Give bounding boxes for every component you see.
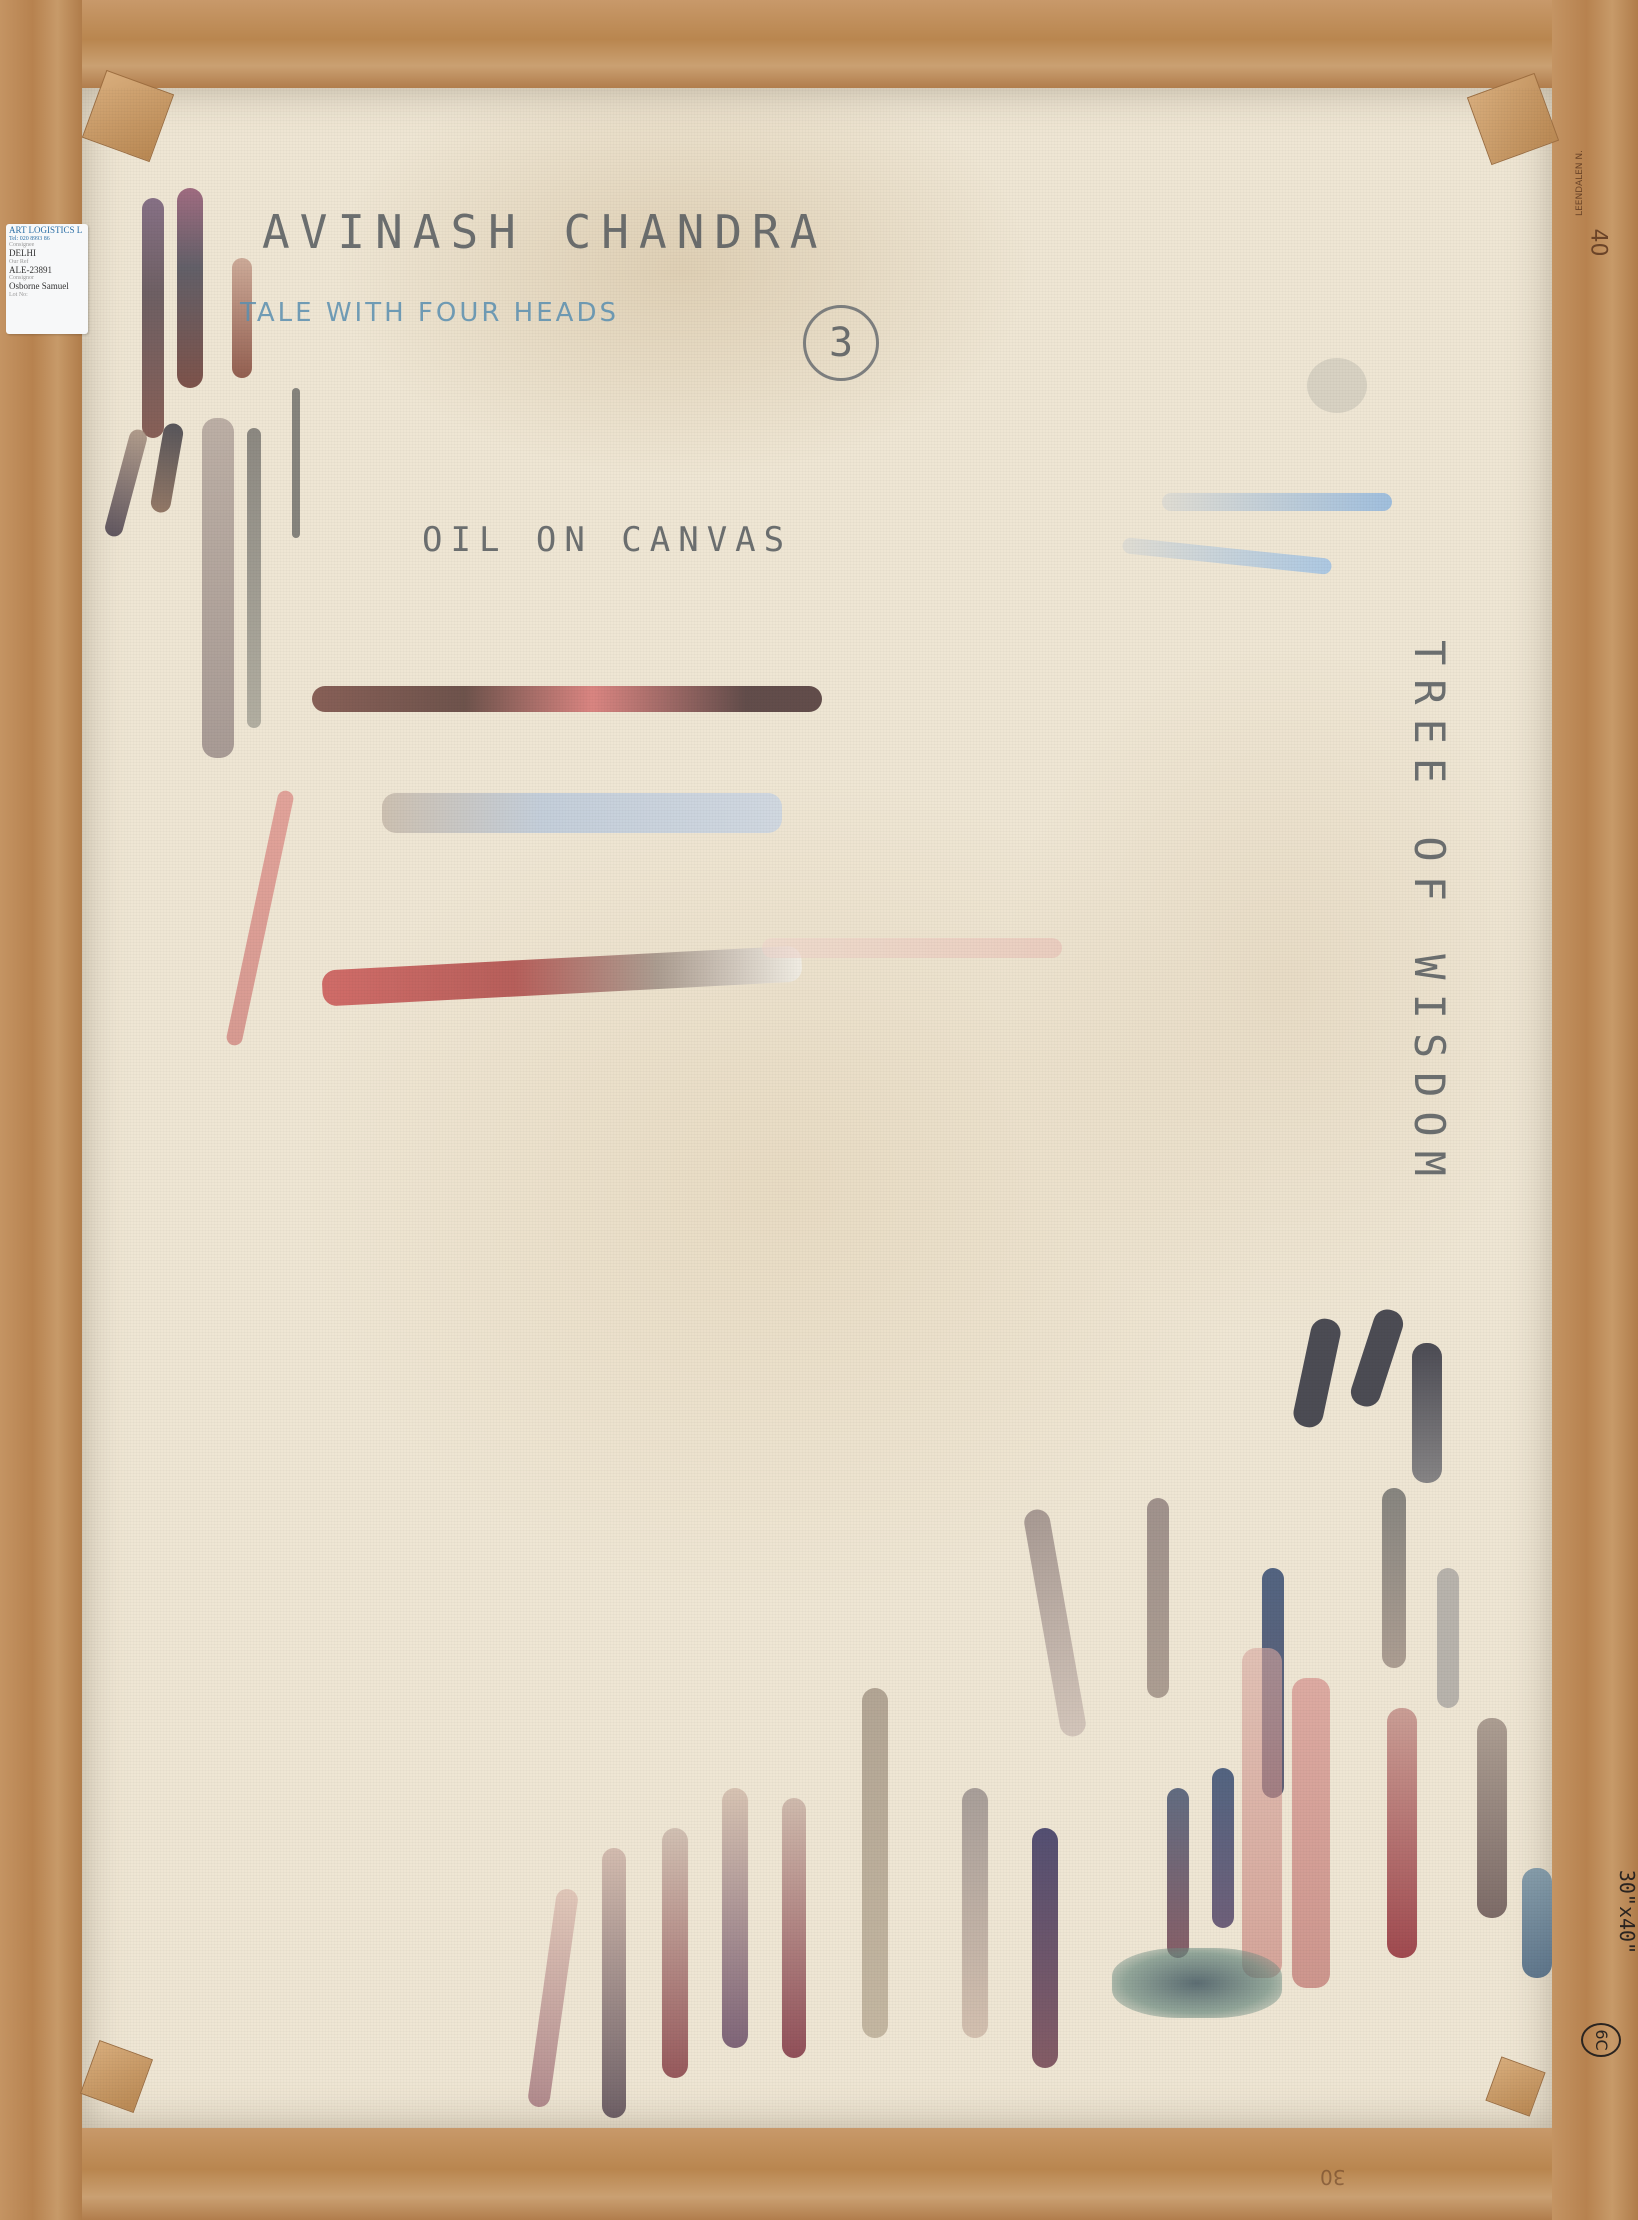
brushstroke bbox=[1522, 1868, 1552, 1978]
brushstroke bbox=[1347, 1306, 1406, 1410]
brushstroke bbox=[1477, 1718, 1507, 1918]
brushstroke bbox=[527, 1888, 579, 2109]
brushstroke bbox=[247, 428, 261, 728]
brushstroke bbox=[762, 938, 1062, 958]
maker-stamp: LEENDALEN N. bbox=[1575, 150, 1585, 216]
paint-smudge bbox=[1307, 358, 1367, 413]
size-inscription: 30"x40" bbox=[1615, 1870, 1638, 1954]
brushstroke bbox=[1212, 1768, 1234, 1928]
brushstroke bbox=[1122, 537, 1333, 575]
brushstroke bbox=[1292, 1678, 1330, 1988]
brushstroke bbox=[1242, 1648, 1282, 1978]
title-inscription: TALE WITH FOUR HEADS bbox=[240, 298, 619, 328]
brushstroke bbox=[292, 388, 300, 538]
brushstroke bbox=[1022, 1507, 1088, 1738]
brushstroke bbox=[1291, 1316, 1343, 1430]
brushstroke bbox=[1167, 1788, 1189, 1958]
brushstroke bbox=[1437, 1568, 1459, 1708]
brushstroke bbox=[862, 1688, 888, 2038]
medium-inscription: OIL ON CANVAS bbox=[422, 520, 792, 560]
brushstroke bbox=[177, 188, 203, 388]
brushstroke bbox=[1032, 1828, 1058, 2068]
brushstroke bbox=[321, 945, 802, 1006]
brushstroke bbox=[142, 198, 164, 438]
brushstroke bbox=[103, 428, 149, 539]
canvas-back bbox=[82, 88, 1552, 2128]
corner-key-bottom-right bbox=[1485, 2056, 1545, 2116]
brushstroke bbox=[225, 789, 295, 1047]
brushstroke bbox=[312, 686, 822, 712]
brushstroke bbox=[202, 418, 234, 758]
brushstroke bbox=[782, 1798, 806, 2058]
label-company: ART LOGISTICS L bbox=[9, 226, 85, 236]
brushstroke bbox=[662, 1828, 688, 2078]
bottom-bar-number: 30 bbox=[1320, 2165, 1345, 2189]
brushstroke bbox=[1382, 1488, 1406, 1668]
circled-mark: 6C bbox=[1581, 2023, 1621, 2057]
bottom-stretcher-bar bbox=[0, 2128, 1638, 2220]
label-consignee: DELHI bbox=[9, 249, 85, 259]
corner-key-bottom-left bbox=[80, 2040, 153, 2113]
brushstroke bbox=[962, 1788, 988, 2038]
circled-number-inscription: 3 bbox=[803, 305, 879, 381]
label-lot-heading: Lot No: bbox=[9, 292, 85, 299]
brushstroke bbox=[1147, 1498, 1169, 1698]
top-stretcher-bar bbox=[0, 0, 1638, 88]
artist-name-inscription: AVINASH CHANDRA bbox=[262, 205, 827, 259]
brushstroke bbox=[722, 1788, 748, 2048]
shipping-label: ART LOGISTICS L Tel: 020 8993 86 Consign… bbox=[6, 224, 88, 334]
label-consignor: Osborne Samuel bbox=[9, 282, 85, 292]
brushstroke bbox=[1387, 1708, 1417, 1958]
label-ref: ALE-23891 bbox=[9, 266, 85, 276]
label-phone: Tel: 020 8993 86 bbox=[9, 236, 85, 243]
paint-smudge bbox=[1112, 1948, 1282, 2018]
right-bar-number: 40 bbox=[1586, 229, 1611, 257]
brushstroke bbox=[1412, 1343, 1442, 1483]
brushstroke bbox=[602, 1848, 626, 2118]
brushstroke bbox=[382, 793, 782, 833]
vertical-title-inscription: TREE OF WISDOM bbox=[1405, 640, 1454, 1190]
brushstroke bbox=[1162, 493, 1392, 511]
